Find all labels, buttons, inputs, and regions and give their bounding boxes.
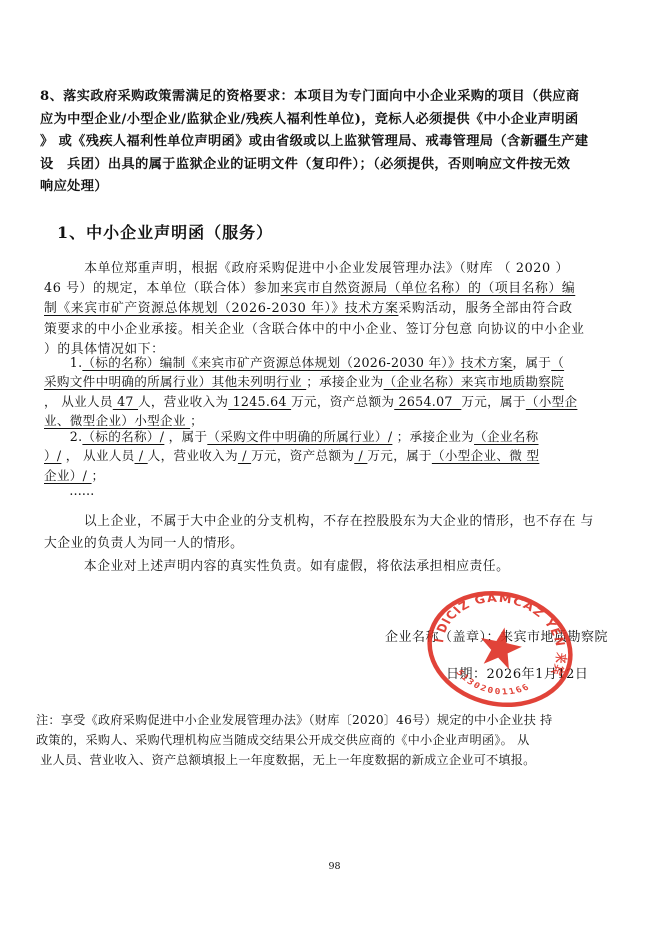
document-page: 8、落实政府采购政策需满足的资格要求：本项目为专门面向中小企业采购的项目（供应商… xyxy=(0,0,669,947)
text-line: 46 号）的规定，本单位（联合体）参加来宾市自然资源局（单位名称）的（项目名称）… xyxy=(44,279,632,299)
text-line: 》 或《残疾人福利性单位声明函》或由省级或以上监狱管理局、戒毒管理局（含新疆生产… xyxy=(40,131,632,154)
closing-paragraph: 以上企业，不属于大中企业的分支机构，不存在控股股东为大企业的情形，也不存在 与大… xyxy=(44,511,632,554)
text-line: 制《来宾市矿产资源总体规划（2026-2030 年）》技术方案采购活动，服务全部… xyxy=(44,299,632,319)
seal-star-icon xyxy=(476,623,525,671)
text-line: 策要求的中小企业承接。相关企业（含联合体中的中小企业、签订分包意 向协议的中小企… xyxy=(44,320,632,340)
text-line: 设 兵团）出具的属于监狱企业的证明文件（复印件）；（必须提供，否则响应文件按无效 xyxy=(40,154,632,177)
text-line: 应为中型企业/小型企业/监狱企业/残疾人福利性单位)，竞标人必须提供《中小企业声… xyxy=(40,109,632,132)
sme-declaration-title: 1、中小企业声明函（服务） xyxy=(57,220,273,243)
ellipsis-line: …… xyxy=(44,480,94,499)
text-line: 8、落实政府采购政策需满足的资格要求：本项目为专门面向中小企业采购的项目（供应商 xyxy=(40,86,632,109)
company-seal-stamp-icon: LAIZBINH SI DICIZ GAMCAZ YEN 来宾市地质勘察院 45… xyxy=(420,585,580,713)
subject-item-2: 2.（标的名称）/ ，属于（采购文件中明确的所属行业）/ ；承接企业为（企业名称… xyxy=(44,427,632,485)
text-line: 本企业对上述声明内容的真实性负责。如有虚假，将依法承担相应责任。 xyxy=(44,555,632,574)
qualification-requirements-paragraph: 8、落实政府采购政策需满足的资格要求：本项目为专门面向中小企业采购的项目（供应商… xyxy=(40,86,632,199)
declaration-body-paragraph: 本单位郑重声明，根据《政府采购促进中小企业发展管理办法》（财库 （ 2020 ）… xyxy=(44,259,632,360)
responsibility-paragraph: 本企业对上述声明内容的真实性负责。如有虚假，将依法承担相应责任。 xyxy=(44,555,632,574)
text-line: 大企业的负责人为同一人的情形。 xyxy=(44,533,632,555)
text-line: 1.（标的名称）编制《来宾市矿产资源总体规划（2026-2030 年）》技术方案… xyxy=(44,353,632,372)
footnote-paragraph: 注：享受《政府采购促进中小企业发展管理办法》（财库〔2020〕46号）规定的中小… xyxy=(36,710,636,771)
text-line: 采购文件中明确的所属行业）其他未列明行业 ；承接企业为（企业名称）来宾市地质勘察… xyxy=(44,372,632,391)
text-line: 2.（标的名称）/ ，属于（采购文件中明确的所属行业）/ ；承接企业为（企业名称 xyxy=(44,427,632,446)
text-line: 注：享受《政府采购促进中小企业发展管理办法》（财库〔2020〕46号）规定的中小… xyxy=(36,710,636,730)
subject-item-1: 1.（标的名称）编制《来宾市矿产资源总体规划（2026-2030 年）》技术方案… xyxy=(44,353,632,430)
text-line: 业人员、营业收入、资产总额填报上一年度数据，无上一年度数据的新成立企业可不填报。 xyxy=(36,750,636,770)
text-line: ）/ ， 从业人员 / 人，营业收入为 / 万元，资产总额为 / 万元，属于（小… xyxy=(44,446,632,465)
text-line: 响应处理） xyxy=(40,176,632,199)
text-line: 本单位郑重声明，根据《政府采购促进中小企业发展管理办法》（财库 （ 2020 ） xyxy=(44,259,632,279)
text-line: ， 从业人员 47 人，营业收入为 1245.64 万元，资产总额为 2654.… xyxy=(44,392,632,411)
text-line: 政策的，采购人、采购代理机构应当随成交结果公开成交供应商的《中小企业声明函》。 … xyxy=(36,730,636,750)
text-line: 企业）/ ； xyxy=(44,466,632,485)
page-number: 98 xyxy=(0,861,669,872)
text-line: 以上企业，不属于大中企业的分支机构，不存在控股股东为大企业的情形，也不存在 与 xyxy=(44,511,632,533)
